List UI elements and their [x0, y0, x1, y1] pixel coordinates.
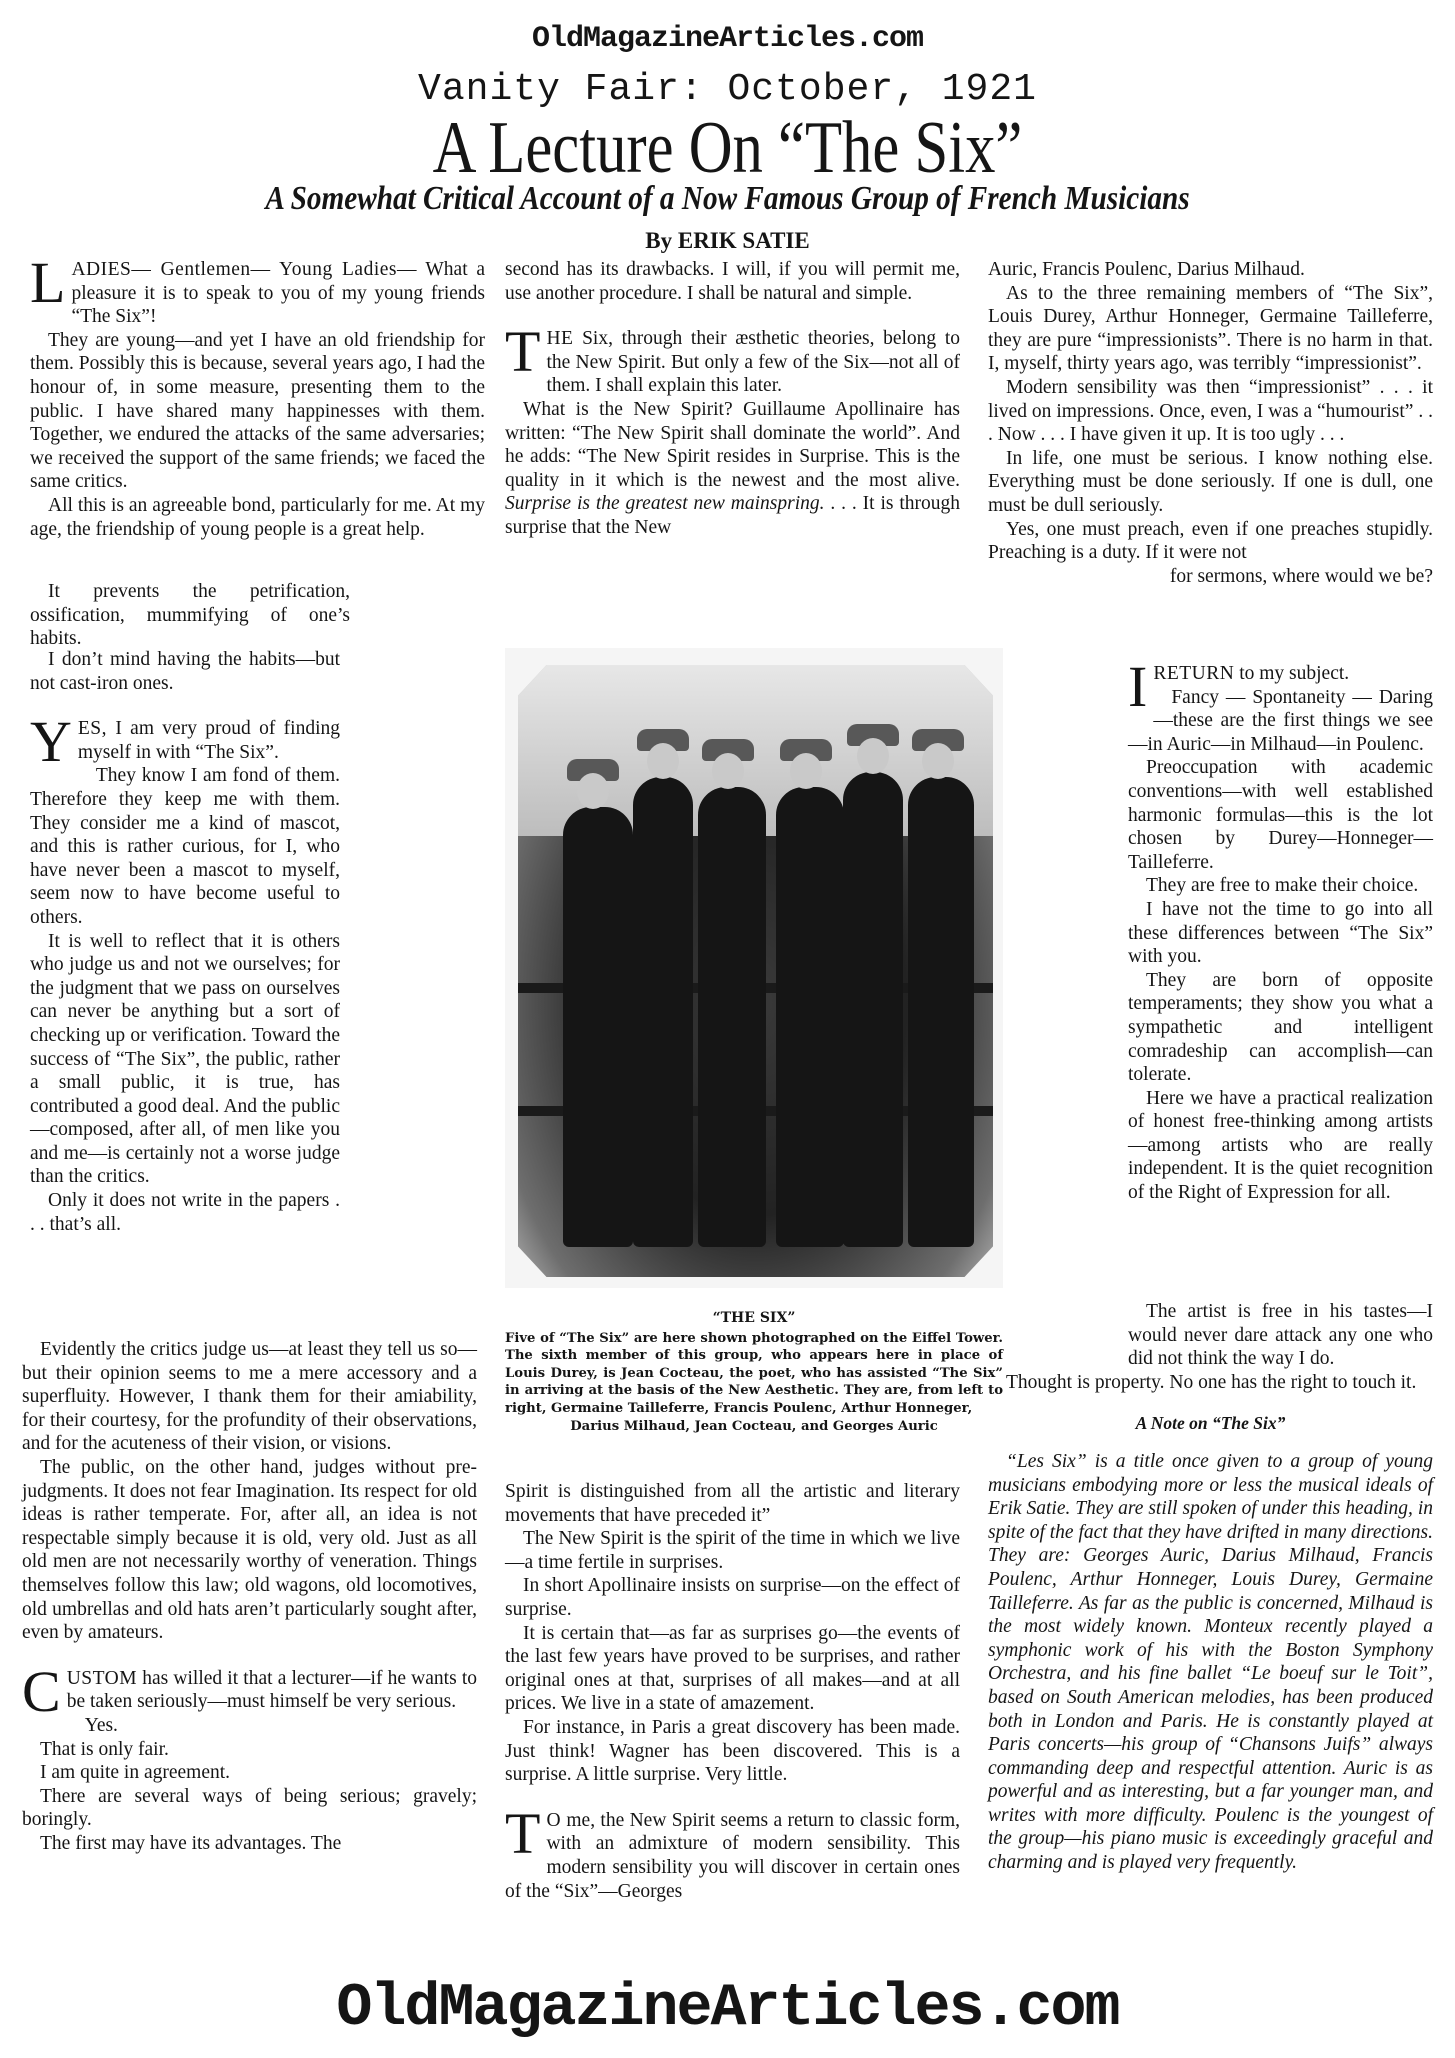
column-1-lower: Evidently the critics judge us—at least … [22, 1338, 477, 1855]
column-3: Auric, Francis Poulenc, Darius Milhaud. … [988, 258, 1433, 588]
article-title: A Lecture On “The Six” [131, 108, 1324, 188]
paragraph: Evidently the critics judge us—at least … [22, 1338, 477, 1456]
note-sidebar: “Les Six” is a title once given to a gro… [988, 1450, 1433, 1875]
paragraph: I have not the time to go into all these… [1128, 898, 1433, 969]
paragraph: It is well to reflect that it is others … [30, 930, 340, 1190]
paragraph: second has its drawbacks. I will, if you… [505, 258, 960, 305]
note-heading: A Note on “The Six” [988, 1412, 1433, 1436]
paragraph: LADIES— Gentlemen— Young Ladies— What a … [30, 258, 485, 329]
article-subtitle: A Somewhat Critical Account of a Now Fam… [102, 180, 1353, 218]
paragraph: I am quite in agreement. [22, 1761, 477, 1785]
paragraph: They know I am fond of them. Therefore t… [30, 764, 340, 929]
photo-figure [908, 777, 974, 1247]
drop-cap: T [505, 329, 540, 375]
paragraph: I don’t mind having the habits—but not c… [30, 648, 340, 695]
photo-figure [563, 807, 633, 1247]
drop-cap: C [22, 1669, 61, 1715]
paragraph: That is only fair. [22, 1738, 477, 1762]
caption-body: Five of “The Six” are here shown photogr… [505, 1330, 1003, 1418]
column-3-lower: The artist is free in his tastes—I would… [988, 1300, 1433, 1875]
paragraph: All this is an agreeable bond, particula… [30, 494, 485, 541]
column-1-beside-photo: I don’t mind having the habits—but not c… [30, 648, 340, 1236]
paragraph: As to the three remaining members of “Th… [988, 282, 1433, 376]
paragraph: YES, I am very proud of finding myself i… [30, 717, 340, 764]
column-1-narrow: It prevents the petrification, ossificat… [30, 580, 485, 651]
paragraph: TO me, the New Spirit seems a return to … [505, 1809, 960, 1903]
paragraph: CUSTOM has willed it that a lecturer—if … [22, 1667, 477, 1714]
paragraph-end: for sermons, where would we be? [988, 565, 1433, 589]
paragraph: Here we have a practical realization of … [1128, 1087, 1433, 1205]
note-paragraph: “Les Six” is a title once given to a gro… [988, 1450, 1433, 1875]
column-2-lower: Spirit is distinguished from all the art… [505, 1480, 960, 1903]
paragraph: They are born of opposite temperaments; … [1128, 969, 1433, 1087]
paragraph: What is the New Spirit? Guillaume Apolli… [505, 398, 960, 540]
issue-line: Vanity Fair: October, 1921 [0, 68, 1455, 111]
paragraph: Auric, Francis Poulenc, Darius Milhaud. [988, 258, 1433, 282]
paragraph: There are several ways of being serious;… [22, 1785, 477, 1832]
drop-cap: T [505, 1811, 540, 1857]
paragraph: Only it does not write in the papers . .… [30, 1189, 340, 1236]
column-3-beside-photo: IRETURN to my subject. Fancy — Spontanei… [1128, 662, 1433, 1205]
photograph-the-six [518, 665, 993, 1277]
site-watermark-bottom: OldMagazineArticles.com [0, 1975, 1455, 2043]
paragraph: IRETURN to my subject. [1128, 662, 1433, 686]
column-2: second has its drawbacks. I will, if you… [505, 258, 960, 540]
paragraph: Modern sensibility was then “impressioni… [988, 376, 1433, 447]
photo-figure [776, 787, 844, 1247]
paragraph: Preoccupation with academic conventions—… [1128, 756, 1433, 874]
drop-cap: L [30, 260, 65, 306]
paragraph: They are young—and yet I have an old fri… [30, 329, 485, 494]
paragraph: They are free to make their choice. [1128, 874, 1433, 898]
paragraph: It prevents the petrification, ossificat… [30, 580, 350, 651]
paragraph: In life, one must be serious. I know not… [988, 447, 1433, 518]
caption-names: Darius Milhaud, Jean Cocteau, and George… [505, 1418, 1003, 1436]
paragraph: Thought is property. No one has the righ… [988, 1371, 1433, 1395]
paragraph: The artist is free in his tastes—I would… [988, 1300, 1433, 1371]
paragraph: The New Spirit is the spirit of the time… [505, 1527, 960, 1574]
paragraph: THE Six, through their æsthetic theories… [505, 327, 960, 398]
photo-figure [698, 787, 766, 1247]
paragraph: In short Apollinaire insists on surprise… [505, 1574, 960, 1621]
paragraph: The first may have its advantages. The [22, 1832, 477, 1856]
drop-cap: I [1128, 664, 1147, 710]
paragraph: It is certain that—as far as surprises g… [505, 1622, 960, 1716]
photo-caption: “THE SIX” Five of “The Six” are here sho… [505, 1310, 1003, 1435]
paragraph: Spirit is distinguished from all the art… [505, 1480, 960, 1527]
paragraph: Yes, one must preach, even if one preach… [988, 518, 1433, 565]
byline: By ERIK SATIE [0, 228, 1455, 254]
paragraph: The public, on the other hand, judges wi… [22, 1456, 477, 1645]
paragraph: Fancy — Spontaneity — Daring—these are t… [1128, 686, 1433, 757]
paragraph: For instance, in Paris a great discovery… [505, 1716, 960, 1787]
column-1: LADIES— Gentlemen— Young Ladies— What a … [30, 258, 485, 541]
photo-figure [843, 772, 903, 1247]
site-watermark-top: OldMagazineArticles.com [0, 22, 1455, 56]
drop-cap: Y [30, 719, 72, 765]
photo-figure [633, 777, 693, 1247]
paragraph: Yes. [22, 1714, 477, 1738]
caption-title: “THE SIX” [505, 1310, 1003, 1328]
